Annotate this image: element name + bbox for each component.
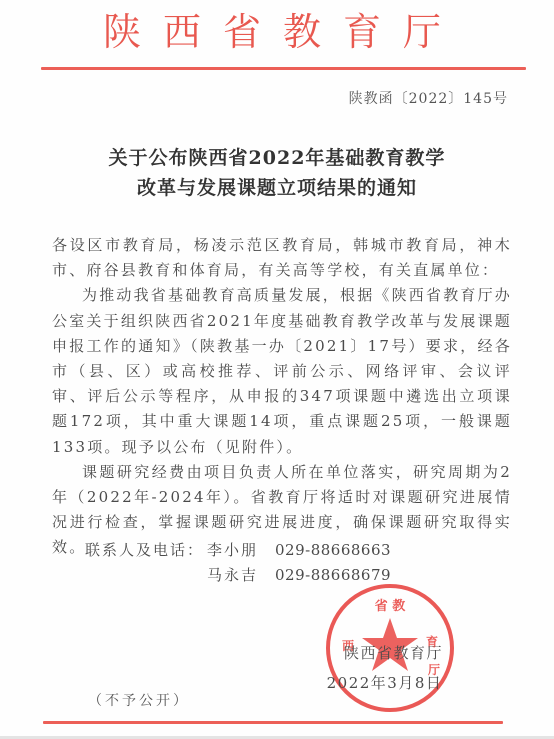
masthead-red-rule [41, 67, 526, 70]
contact-block: 联系人及电话： 李小朋 029-88668663 马永吉 029-8866867… [85, 538, 391, 588]
footer-red-rule [43, 721, 503, 724]
document-title: 关于公布陕西省2022年基础教育教学 改革与发展课题立项结果的通知 [0, 143, 554, 203]
contact-name: 李小朋 [207, 538, 275, 563]
signature-date: 2022年3月8日 [326, 668, 443, 698]
signature-org: 陕西省教育厅 [338, 638, 443, 668]
contact-phone: 029-88668663 [275, 538, 391, 563]
masthead-title: 陕西省教育厅 [0, 8, 554, 56]
contact-name: 马永吉 [207, 563, 275, 588]
contact-phone: 029-88668679 [275, 563, 391, 588]
contact-label: 联系人及电话： [85, 538, 207, 563]
document-body: 各设区市教育局，杨凌示范区教育局，韩城市教育局，神木市、府谷县教育和体育局，有关… [52, 233, 512, 561]
signature-block: 陕西省教育厅 2022年3月8日 [338, 638, 443, 698]
document-page: 陕西省教育厅 陕教函〔2022〕145号 关于公布陕西省2022年基础教育教学 … [0, 0, 554, 736]
disclosure-label: （不予公开） [88, 690, 190, 710]
addressee: 各设区市教育局，杨凌示范区教育局，韩城市教育局，神木市、府谷县教育和体育局，有关… [52, 233, 512, 283]
document-number: 陕教函〔2022〕145号 [349, 88, 508, 108]
contact-row: 联系人及电话： 李小朋 029-88668663 [85, 538, 391, 563]
body-paragraph-1: 为推动我省基础教育高质量发展，根据《陕西省教育厅办公室关于组织陕西省2021年度… [52, 283, 512, 459]
contact-row: 马永吉 029-88668679 [85, 563, 391, 588]
document-title-line-2: 改革与发展课题立项结果的通知 [0, 173, 554, 203]
document-title-line-1: 关于公布陕西省2022年基础教育教学 [0, 143, 554, 173]
svg-text:省 教: 省 教 [375, 598, 407, 614]
